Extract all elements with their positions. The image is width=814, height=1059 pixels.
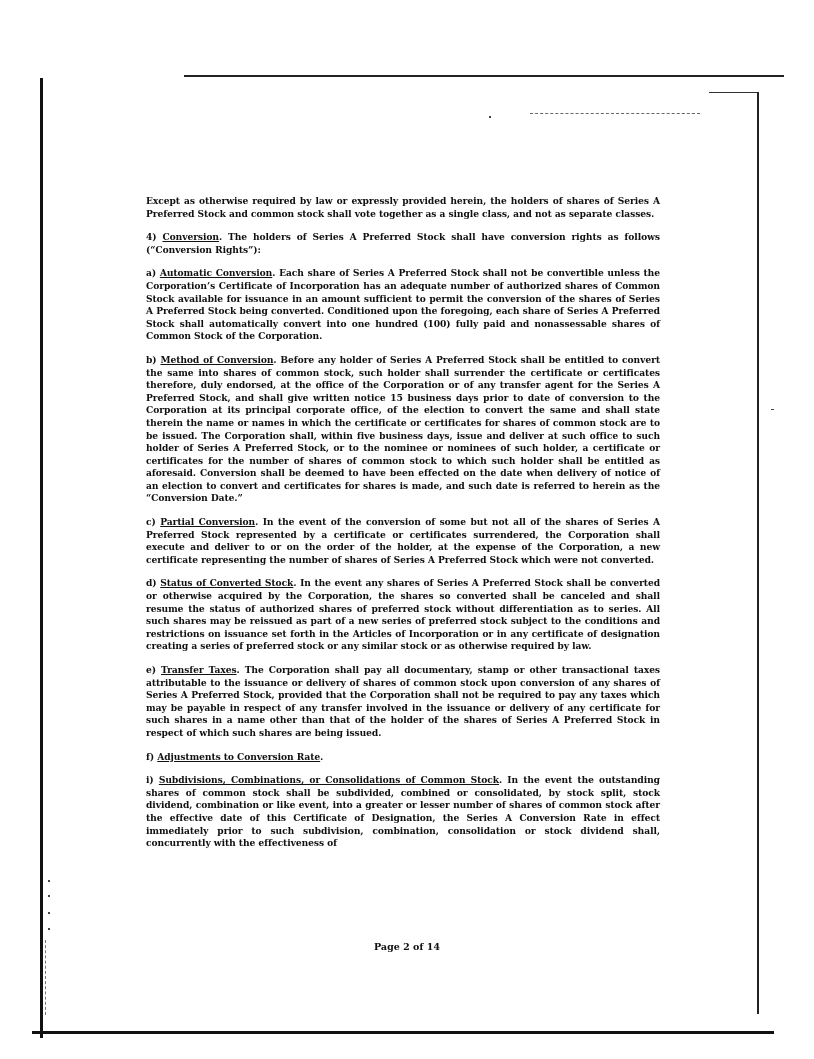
section-prefix: i) xyxy=(146,775,159,786)
scan-border-right-top xyxy=(709,92,759,93)
paragraph-text: . In the event the outstanding shares of… xyxy=(146,775,660,849)
section-prefix: e) xyxy=(146,665,161,676)
section-heading: Automatic Conversion xyxy=(160,268,272,279)
paragraph-text: . In the event any shares of Series A Pr… xyxy=(146,578,660,652)
scan-speck xyxy=(489,116,491,118)
paragraph-text: . Before any holder of Series A Preferre… xyxy=(146,355,660,505)
section-heading: Transfer Taxes xyxy=(161,665,237,676)
scan-border-right xyxy=(757,92,759,1014)
paragraph-transfer-taxes: e) Transfer Taxes. The Corporation shall… xyxy=(146,665,660,741)
section-heading: Conversion xyxy=(162,232,219,243)
scan-border-bottom xyxy=(32,1031,774,1034)
paragraph-text: . xyxy=(320,752,323,763)
page-number: Page 2 of 14 xyxy=(0,942,814,953)
paragraph-subdivisions: i) Subdivisions, Combinations, or Consol… xyxy=(146,775,660,851)
paragraph-voting: Except as otherwise required by law or e… xyxy=(146,196,660,221)
scan-header-artifact xyxy=(530,113,700,115)
paragraph-text: . The Corporation shall pay all document… xyxy=(146,665,660,739)
section-heading: Partial Conversion xyxy=(160,517,255,528)
section-prefix: d) xyxy=(146,578,160,589)
section-heading: Method of Conversion xyxy=(160,355,273,366)
paragraph-partial-conversion: c) Partial Conversion. In the event of t… xyxy=(146,517,660,567)
section-prefix: a) xyxy=(146,268,160,279)
paragraph-automatic-conversion: a) Automatic Conversion. Each share of S… xyxy=(146,268,660,344)
paragraph-conversion: 4) Conversion. The holders of Series A P… xyxy=(146,232,660,257)
scan-border-left xyxy=(40,78,43,1038)
paragraph-adjustments: f) Adjustments to Conversion Rate. xyxy=(146,752,660,765)
section-heading: Adjustments to Conversion Rate xyxy=(157,752,320,763)
paragraph-text: Except as otherwise required by law or e… xyxy=(146,196,660,220)
scan-speck xyxy=(771,409,774,410)
document-body: Except as otherwise required by law or e… xyxy=(146,196,660,862)
paragraph-text: . Each share of Series A Preferred Stock… xyxy=(146,268,660,342)
paragraph-method-of-conversion: b) Method of Conversion. Before any hold… xyxy=(146,355,660,506)
scan-speck xyxy=(48,895,50,897)
section-prefix: f) xyxy=(146,752,157,763)
scan-border-top xyxy=(184,75,784,77)
scan-speck xyxy=(48,912,50,914)
section-prefix: c) xyxy=(146,517,160,528)
section-prefix: 4) xyxy=(146,232,162,243)
paragraph-status-of-converted-stock: d) Status of Converted Stock. In the eve… xyxy=(146,578,660,654)
section-prefix: b) xyxy=(146,355,160,366)
section-heading: Subdivisions, Combinations, or Consolida… xyxy=(159,775,499,786)
scan-speck xyxy=(48,928,50,930)
paragraph-text: . The holders of Series A Preferred Stoc… xyxy=(146,232,660,256)
scan-speck xyxy=(48,880,50,882)
section-heading: Status of Converted Stock xyxy=(160,578,293,589)
